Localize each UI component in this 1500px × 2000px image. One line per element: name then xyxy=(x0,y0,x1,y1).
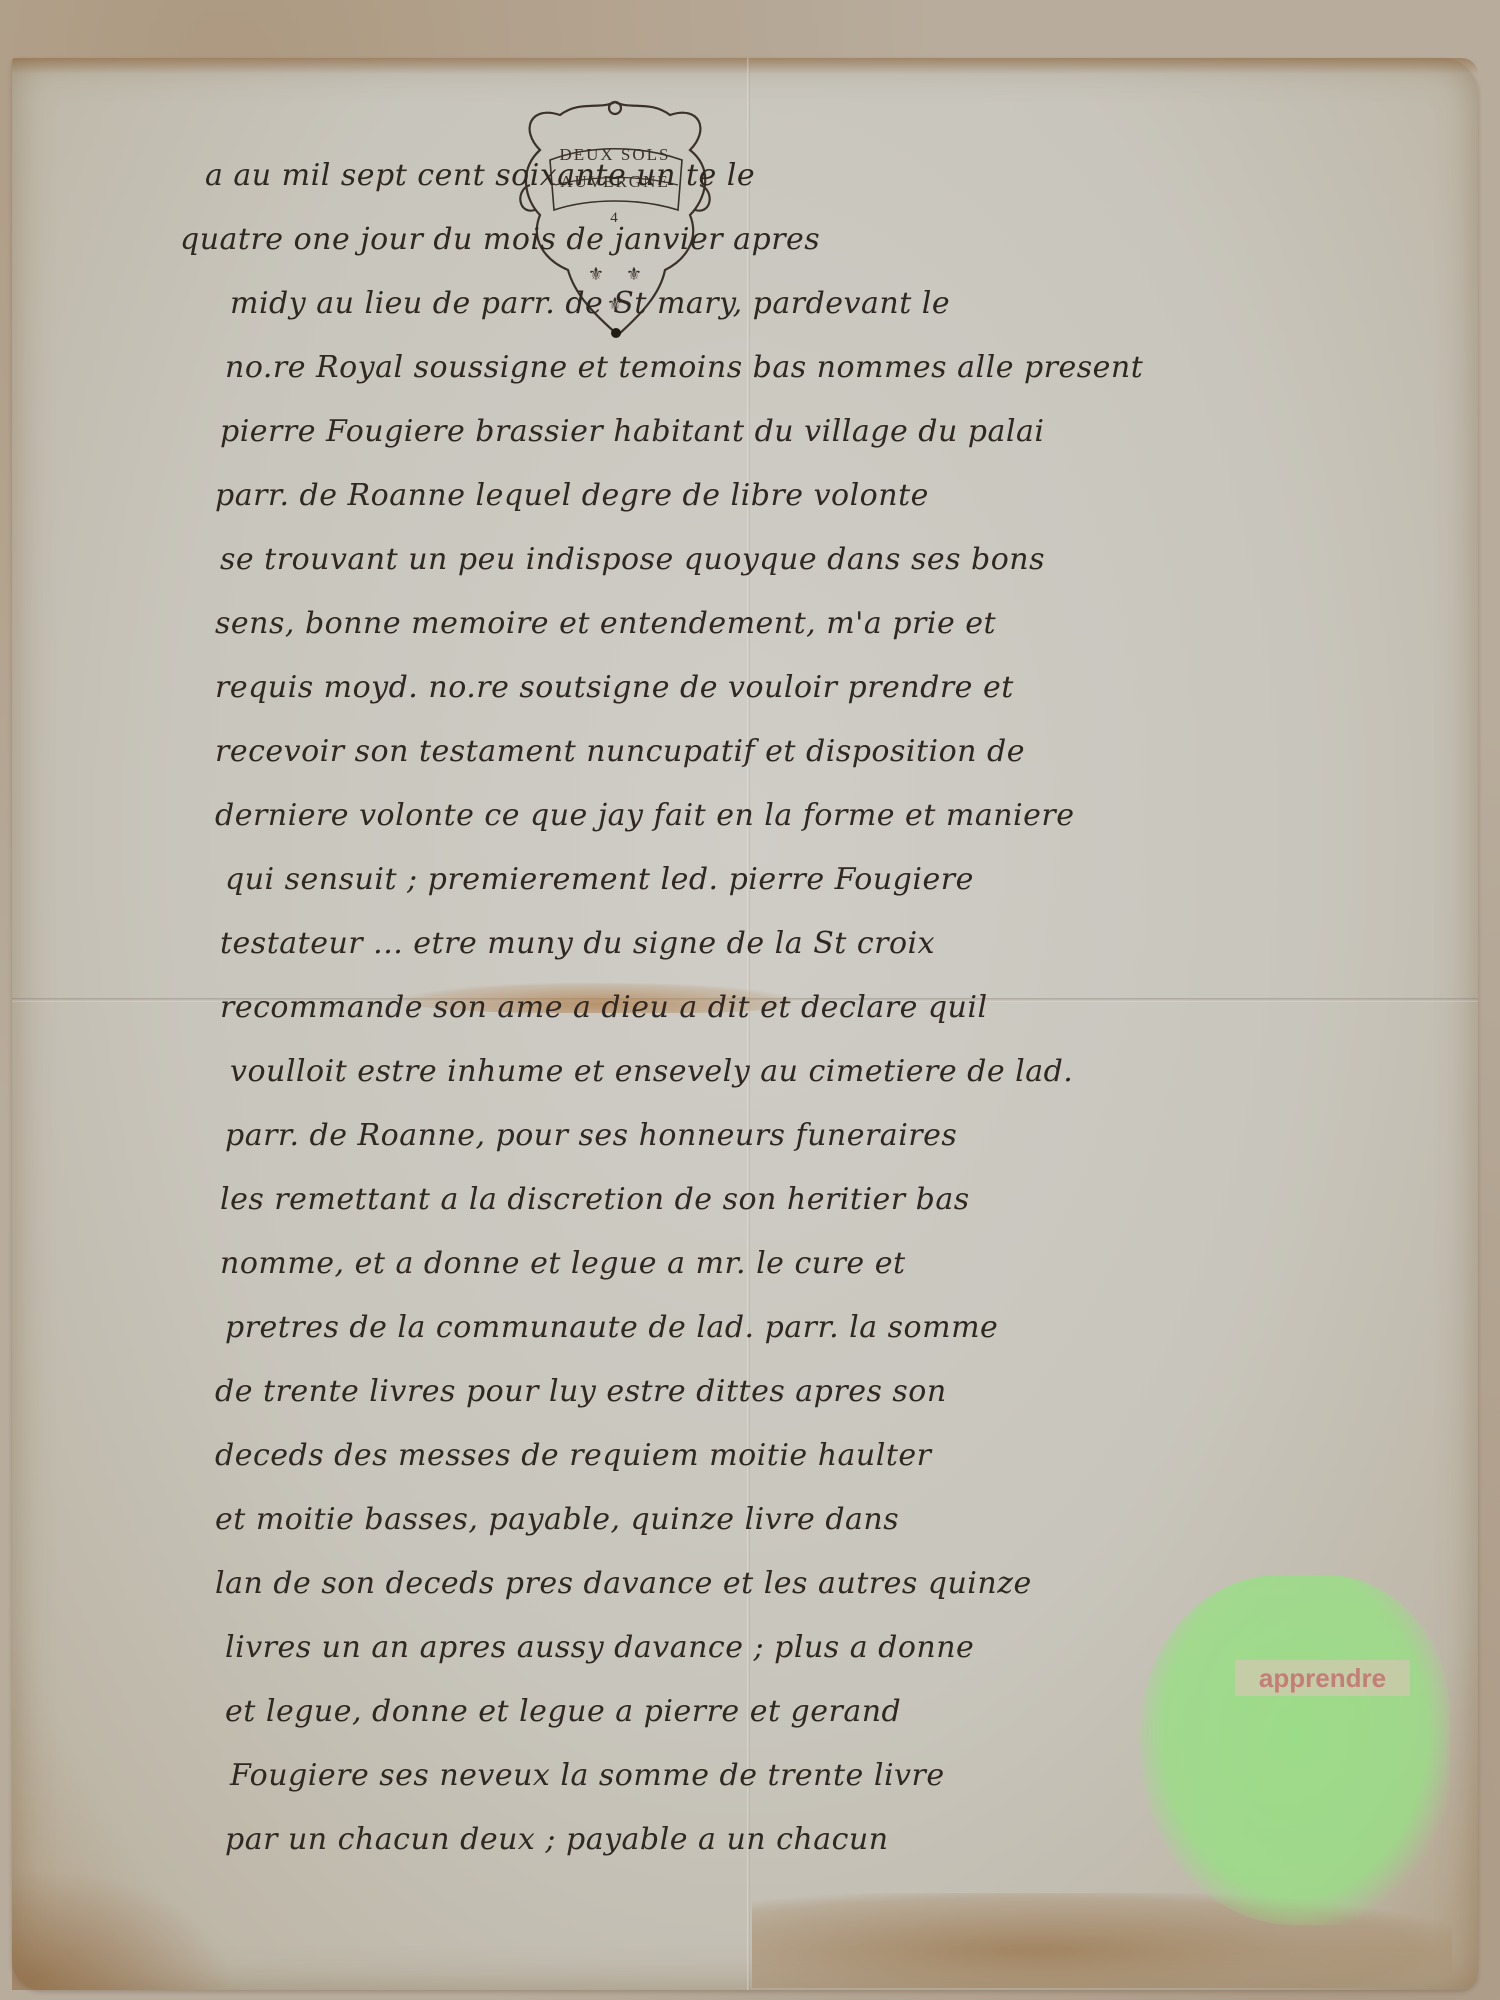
text-line: recommande son ame a dieu a dit et decla… xyxy=(220,990,988,1025)
text-line: de trente livres pour luy estre dittes a… xyxy=(215,1374,947,1409)
text-line: a au mil sept cent soixante un te le xyxy=(205,158,755,193)
watermark-tree-logo-icon xyxy=(1140,1575,1450,1925)
text-line: derniere volonte ce que jay fait en la f… xyxy=(215,798,1075,833)
text-line: par un chacun deux ; payable a un chacun xyxy=(225,1822,889,1857)
text-line: se trouvant un peu indispose quoyque dan… xyxy=(220,542,1045,577)
text-line: testateur ... etre muny du signe de la S… xyxy=(220,926,935,961)
text-line: midy au lieu de parr. de St mary, pardev… xyxy=(230,286,950,321)
text-line: pierre Fougiere brassier habitant du vil… xyxy=(220,414,1044,449)
text-line: parr. de Roanne, pour ses honneurs funer… xyxy=(225,1118,957,1153)
text-line: quatre one jour du mois de janvier apres xyxy=(180,222,820,257)
text-line: sens, bonne memoire et entendement, m'a … xyxy=(215,606,996,641)
text-line: requis moyd. no.re soutsigne de vouloir … xyxy=(215,670,1014,705)
text-line: pretres de la communaute de lad. parr. l… xyxy=(225,1310,998,1345)
text-line: parr. de Roanne lequel degre de libre vo… xyxy=(215,478,929,513)
text-line: voulloit estre inhume et ensevely au cim… xyxy=(230,1054,1073,1089)
text-line: lan de son deceds pres davance et les au… xyxy=(215,1566,1032,1601)
text-line: et moitie basses, payable, quinze livre … xyxy=(215,1502,899,1537)
text-line: livres un an apres aussy davance ; plus … xyxy=(225,1630,974,1665)
text-line: et legue, donne et legue a pierre et ger… xyxy=(225,1694,901,1729)
text-line: les remettant a la discretion de son her… xyxy=(220,1182,970,1217)
text-line: Fougiere ses neveux la somme de trente l… xyxy=(230,1758,945,1793)
watermark-label: apprendre xyxy=(1235,1660,1410,1696)
text-line: recevoir son testament nuncupatif et dis… xyxy=(215,734,1025,769)
text-line: qui sensuit ; premierement led. pierre F… xyxy=(225,862,974,897)
text-line: nomme, et a donne et legue a mr. le cure… xyxy=(220,1246,906,1281)
text-line: deceds des messes de requiem moitie haul… xyxy=(215,1438,931,1473)
text-line: no.re Royal soussigne et temoins bas nom… xyxy=(225,350,1143,385)
